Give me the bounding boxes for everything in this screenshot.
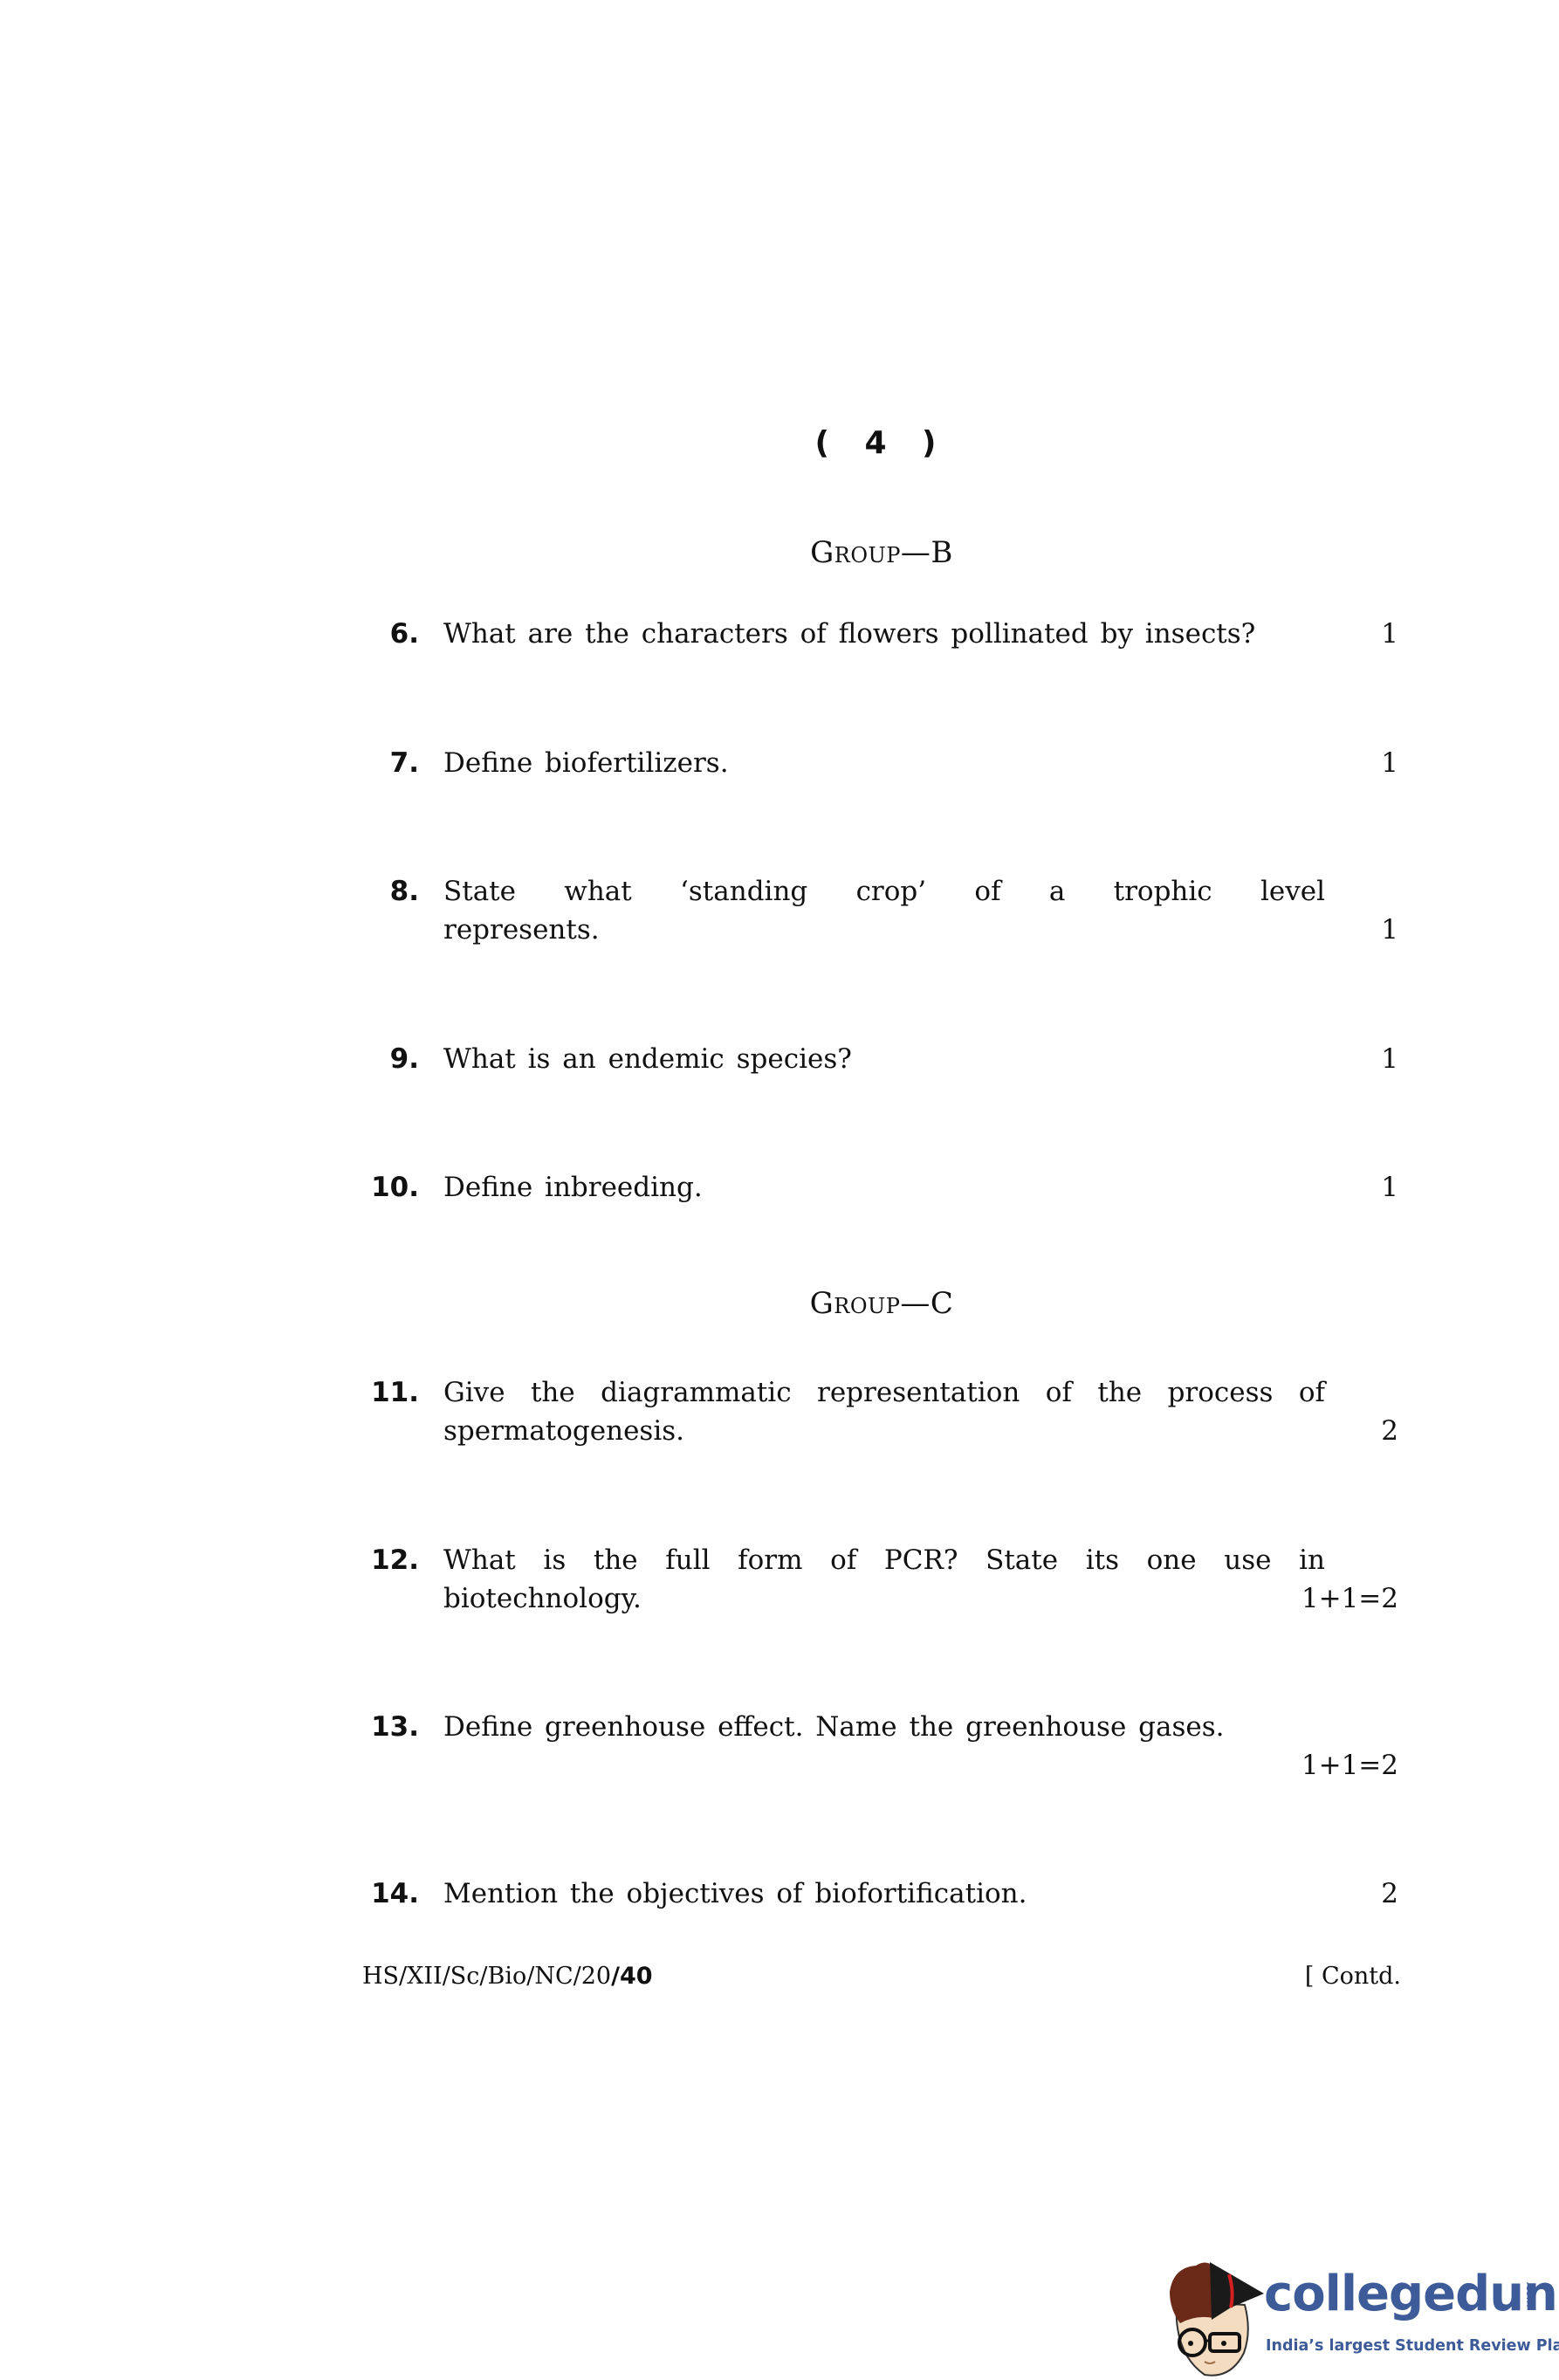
question-marks: 1: [1381, 744, 1398, 782]
question-10: 10. Define inbreeding. 1: [367, 1168, 1398, 1207]
question-number: 12.: [367, 1541, 419, 1579]
question-number: 13.: [367, 1708, 419, 1746]
question-11: 11. Give the diagrammatic representation…: [367, 1373, 1398, 1450]
question-12: 12. What is the full form of PCR? State …: [367, 1541, 1398, 1618]
question-text: What is an endemic species?: [443, 1040, 1369, 1078]
question-text: Mention the objectives of biofortificati…: [443, 1874, 1369, 1913]
question-number: 14.: [367, 1874, 419, 1913]
paper-code-bold: /40: [611, 1963, 652, 1990]
question-9: 9. What is an endemic species? 1: [367, 1040, 1398, 1078]
question-marks: 1+1=2: [1301, 1579, 1398, 1618]
mascot-icon: [1161, 2257, 1264, 2380]
question-text: Define inbreeding.: [443, 1168, 1369, 1207]
group-c-heading: Group—C: [0, 1286, 1559, 1321]
question-text-line-2: biotechnology.: [443, 1579, 1369, 1618]
page-number: ( 4 ): [0, 425, 1559, 461]
question-6: 6. What are the characters of flowers po…: [367, 615, 1398, 653]
question-number: 7.: [367, 744, 419, 782]
page-footer: HS/XII/Sc/Bio/NC/20/40 [ Contd.: [362, 1963, 1401, 1990]
question-number: 9.: [367, 1040, 419, 1078]
question-marks: 1+1=2: [1301, 1746, 1398, 1785]
paper-code-text: HS/XII/Sc/Bio/NC/20: [362, 1963, 611, 1990]
collegedunia-logo: collegedunia .com India’s largest Studen…: [1161, 2257, 1559, 2380]
question-text-line-2: spermatogenesis.: [443, 1412, 1369, 1450]
continued-label: [ Contd.: [1305, 1963, 1401, 1990]
group-letter: —C: [900, 1286, 953, 1321]
question-number: 6.: [367, 615, 419, 653]
question-text-line-2: represents.: [443, 911, 1369, 949]
paper-code: HS/XII/Sc/Bio/NC/20/40: [362, 1963, 653, 1990]
question-number: 11.: [367, 1373, 419, 1412]
question-number: 8.: [367, 872, 419, 911]
question-marks: 2: [1381, 1874, 1398, 1913]
group-label: Group: [810, 1286, 901, 1321]
question-text: Define greenhouse effect. Name the green…: [443, 1708, 1369, 1746]
question-number: 10.: [367, 1168, 419, 1207]
question-text-line-1: Give the diagrammatic representation of …: [443, 1373, 1325, 1412]
question-marks: 1: [1381, 1040, 1398, 1078]
group-label: Group: [810, 535, 901, 570]
question-text: Define biofertilizers.: [443, 744, 1369, 782]
question-13: 13. Define greenhouse effect. Name the g…: [367, 1708, 1398, 1785]
question-14: 14. Mention the objectives of biofortifi…: [367, 1874, 1398, 1913]
question-marks: 1: [1381, 911, 1398, 949]
brand-name: collegedunia: [1264, 2266, 1559, 2322]
question-7: 7. Define biofertilizers. 1: [367, 744, 1398, 782]
group-b-heading: Group—B: [0, 535, 1559, 570]
question-text-line-1: What is the full form of PCR? State its …: [443, 1541, 1325, 1579]
group-letter: —B: [901, 535, 953, 570]
brand-tagline: India’s largest Student Review Platform: [1266, 2337, 1559, 2355]
question-8: 8. State what ‘standing crop’ of a troph…: [367, 872, 1398, 949]
question-text-line-1: State what ‘standing crop’ of a trophic …: [443, 872, 1325, 911]
brand-domain: .com: [1524, 2281, 1536, 2307]
question-text: What are the characters of flowers polli…: [443, 615, 1369, 653]
question-marks: 1: [1381, 615, 1398, 653]
question-marks: 1: [1381, 1168, 1398, 1207]
question-marks: 2: [1381, 1412, 1398, 1450]
